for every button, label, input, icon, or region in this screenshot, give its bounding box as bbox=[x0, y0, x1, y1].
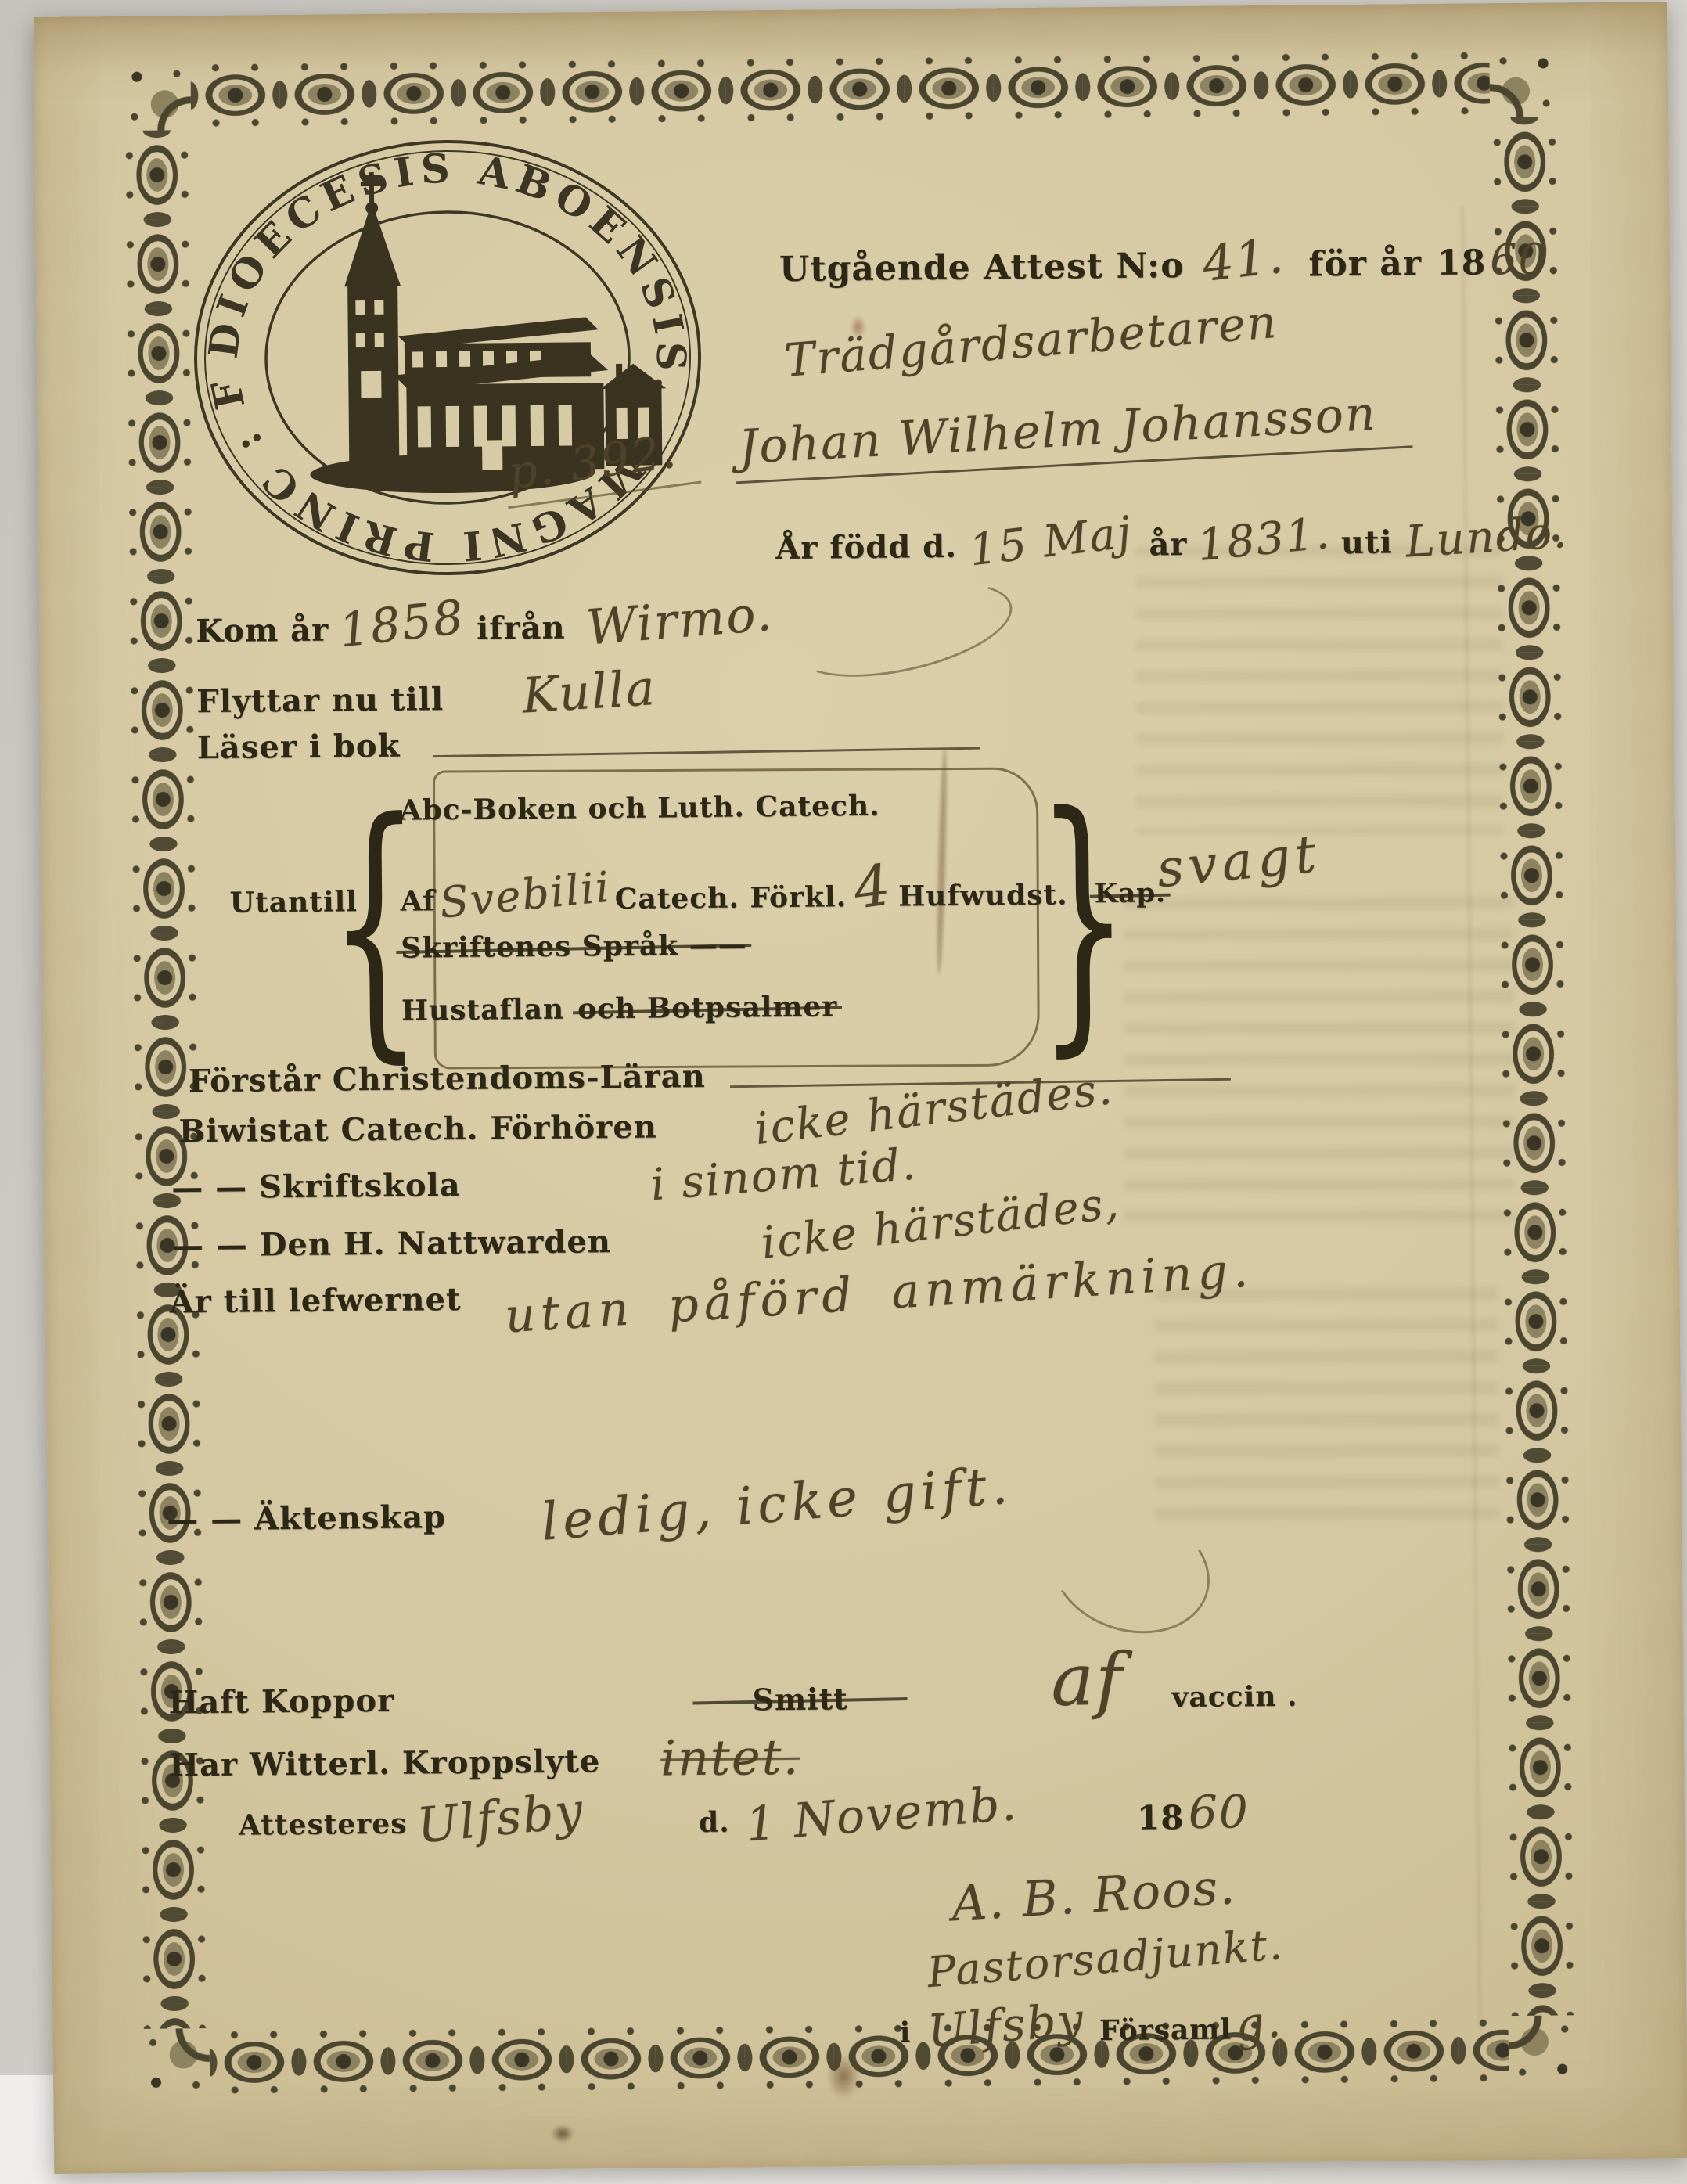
af-hand-entry: af bbox=[1051, 1638, 1124, 1722]
utantill-block: Utantill { Abc-Boken och Luth. Catech. A… bbox=[197, 766, 1546, 1080]
marriage-label: — — Äktenskap bbox=[167, 1499, 446, 1538]
svebilii-entry: Svebilii bbox=[437, 862, 613, 928]
communion-row: — — Den H. Nattwarden icke härstädes, bbox=[172, 1223, 611, 1264]
attest-label: Utgående Attest N:o bbox=[779, 246, 1185, 290]
frame-corner-ornament bbox=[1489, 48, 1559, 117]
certificate-paper: DIOECESIS ABOENSIS. · MAGNI PRINC : FINL… bbox=[34, 2, 1687, 2174]
moves-label: Flyttar nu till bbox=[196, 681, 444, 720]
attest-number: 41. bbox=[1200, 227, 1287, 293]
hustaflan-label: Hustaflan bbox=[401, 993, 564, 1027]
catechism-row: Biwistat Catech. Förhören icke härstädes… bbox=[178, 1109, 657, 1150]
attest-header: Utgående Attest N:o 41. för år 18 60. bbox=[779, 228, 1563, 293]
reads-blank-rule bbox=[432, 747, 980, 757]
born-year-entry: 1831. bbox=[1196, 508, 1333, 571]
born-in-label: uti bbox=[1341, 524, 1393, 561]
born-year-label: år bbox=[1149, 526, 1187, 563]
frame-top-border bbox=[190, 49, 1490, 130]
parish-print-label: Församl bbox=[1099, 2013, 1232, 2048]
ink-dot-stain bbox=[552, 2125, 574, 2143]
smallpox-label: Haft Koppor bbox=[168, 1682, 394, 1722]
came-label: Kom år bbox=[196, 612, 329, 650]
frame-corner-ornament bbox=[1508, 2015, 1577, 2085]
came-year-entry: 1858 bbox=[336, 590, 468, 659]
frame-corner-ornament bbox=[121, 61, 191, 131]
from-place-entry: Wirmo. bbox=[585, 585, 775, 657]
for-year-label: för år bbox=[1308, 243, 1422, 284]
ink-blot-stain bbox=[826, 2053, 861, 2099]
smitt-struck: Smitt bbox=[697, 1681, 903, 1718]
hufwudst-count-entry: 4 bbox=[850, 851, 895, 922]
frame-corner-ornament bbox=[141, 2028, 210, 2098]
conduct-row: Är till lefwernet utan påförd anmärkning… bbox=[169, 1281, 461, 1321]
smallpox-row: Haft Koppor Smitt af vaccin . bbox=[168, 1682, 394, 1722]
from-label: ifrån bbox=[477, 610, 566, 647]
communion-label: — — Den H. Nattwarden bbox=[172, 1223, 611, 1264]
marriage-row: — — Äktenskap ledig, icke gift. bbox=[167, 1499, 446, 1538]
utantill-item-1: Abc-Boken och Luth. Catech. bbox=[399, 790, 879, 827]
confirmation-school-label: — — Skriftskola bbox=[171, 1167, 461, 1207]
attestation-year-print: 18 bbox=[1137, 1798, 1185, 1837]
ink-bleed-through bbox=[1154, 1288, 1499, 1531]
to-place-entry: Kulla bbox=[520, 659, 658, 724]
kap-label-struck: Kap. bbox=[1094, 877, 1166, 909]
parish-suffix-entry: g. bbox=[1232, 1994, 1285, 2052]
utantill-item-4: Hustaflan och Botpsalmer bbox=[401, 990, 838, 1027]
utantill-item-3-struck: Skriftenes Språk —— bbox=[401, 928, 747, 964]
catechism-label: Biwistat Catech. Förhören bbox=[178, 1109, 657, 1150]
born-label: År född d. bbox=[775, 528, 957, 567]
attesteres-label: Attesteres bbox=[239, 1808, 408, 1842]
born-place-entry: Lundo. bbox=[1405, 507, 1570, 568]
reads-line: Läser i bok bbox=[197, 722, 980, 767]
confirmation-school-row: — — Skriftskola i sinom tid. bbox=[171, 1167, 461, 1207]
af-label: Af bbox=[400, 884, 435, 917]
parish-i-label: i bbox=[899, 2016, 911, 2049]
signature-parish-line: i Ulfsby Församl g. bbox=[899, 1996, 1282, 2053]
date-d-label: d. bbox=[699, 1806, 730, 1839]
born-day-entry: 15 Maj bbox=[966, 507, 1135, 576]
conduct-label: Är till lefwernet bbox=[169, 1281, 461, 1321]
parish-place-entry: Ulfsby bbox=[926, 1992, 1086, 2058]
closing-brace: } bbox=[1035, 743, 1131, 1096]
understands-label: Förstår Christendoms-Läran bbox=[189, 1058, 706, 1099]
came-line: Kom år 1858 ifrån Wirmo. bbox=[196, 591, 774, 653]
born-line: År född d. 15 Maj år 1831. uti Lundo. bbox=[775, 511, 1569, 570]
catech-forkl-label: Catech. Förkl. bbox=[615, 880, 847, 916]
diocese-seal: DIOECESIS ABOENSIS. · MAGNI PRINC : FINL… bbox=[175, 121, 720, 595]
body-defect-row: Har Witterl. Kroppslyte intet. bbox=[169, 1743, 600, 1783]
kap-value-entry: svagt bbox=[1154, 823, 1323, 899]
vaccin-label: vaccin . bbox=[1171, 1680, 1297, 1714]
year-hand: 60. bbox=[1490, 234, 1562, 284]
attestation-year-hand: 60 bbox=[1189, 1785, 1250, 1839]
utantill-item-2: Af Svebilii Catech. Förkl. 4 Hufwudst. bbox=[400, 851, 1068, 923]
body-defect-label: Har Witterl. Kroppslyte bbox=[169, 1743, 600, 1783]
year-print: 18 bbox=[1437, 243, 1487, 283]
moves-line: Flyttar nu till Kulla bbox=[196, 662, 656, 724]
body-defect-value: intet. bbox=[660, 1729, 800, 1787]
botpsalmer-struck: och Botpsalmer bbox=[577, 990, 838, 1025]
attestation-line: Attesteres Ulfsby d. 1 Novemb. 18 60 bbox=[239, 1808, 408, 1842]
